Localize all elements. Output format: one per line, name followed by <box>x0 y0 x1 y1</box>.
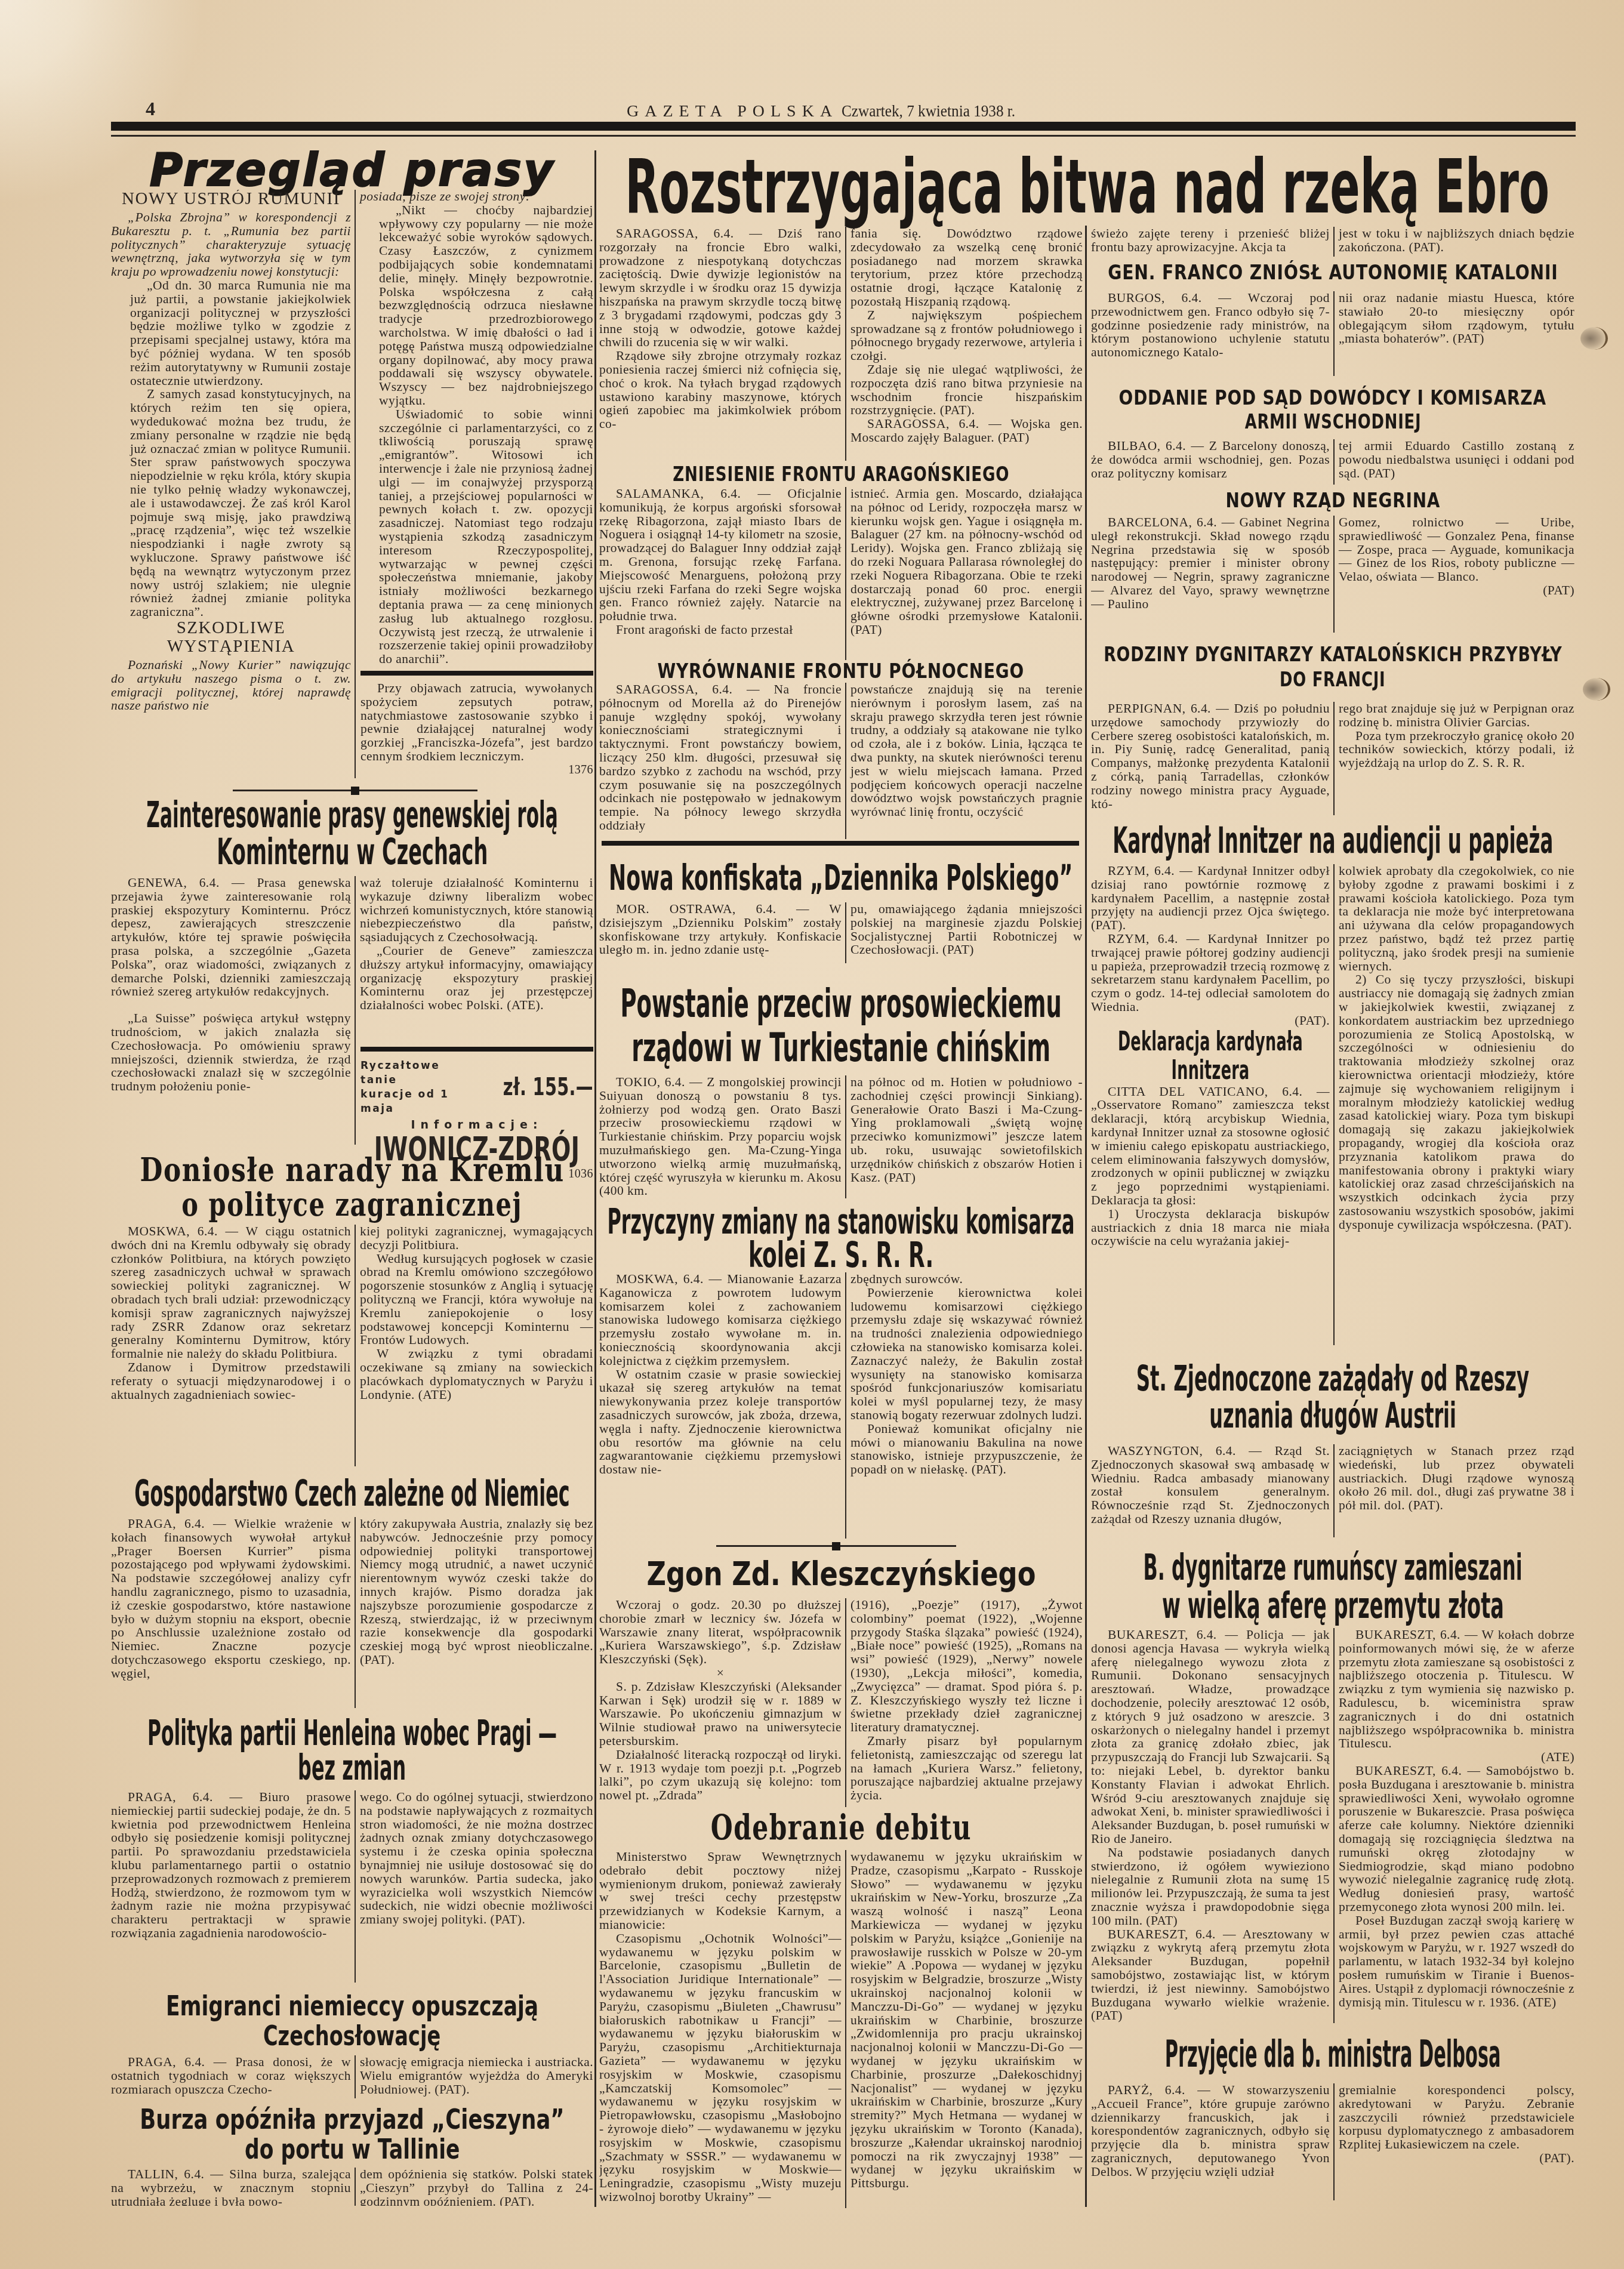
paragraph: (PAT). <box>1091 1014 1330 1028</box>
paragraph: wydawanemu w języku ukraińskim w Pradze,… <box>850 1850 1083 2190</box>
paragraph: nii oraz nadanie miastu Huesca, które st… <box>1339 291 1574 346</box>
paragraph: W ostatnim czasie w prasie sowieckiej uk… <box>599 1368 842 1476</box>
article-columns: TOKIO, 6.4. — Z mongolskiej prowincji Su… <box>599 1075 1083 1198</box>
column-rule <box>594 150 596 2207</box>
paragraph: posiada, pisze ze swojej strony: <box>360 190 593 204</box>
headline: Powstanie przeciw prosowieckiemu <box>599 982 1083 1025</box>
article-innitzer: Kardynał Innitzer na audiencji u papieża… <box>1091 819 1574 1346</box>
subheadline: DO FRANCJI <box>1091 668 1574 691</box>
paragraph: jest w toku i w najbliższych dniach będz… <box>1339 227 1574 254</box>
article-burza-cieszyn: Burza opóźniła przyjazd „Cieszyna” do po… <box>111 2104 593 2207</box>
article-columns: PRAGA, 6.4. — Biuro prasowe niemieckiej … <box>111 1790 593 1983</box>
paragraph: MOR. OSTRAWA, 6.4. — W dzisiejszym „Dzie… <box>599 902 842 957</box>
paragraph: Zdanow i Dymitrow przedstawili referaty … <box>111 1361 351 1401</box>
column-left: MOSKWA, 6.4. — W ciągu ostatnich dwóch d… <box>111 1225 351 1466</box>
column-left: BURGOS, 6.4. — Wczoraj pod przewodnictwe… <box>1091 291 1330 376</box>
paragraph: MOSKWA, 6.4. — W ciągu ostatnich dwóch d… <box>111 1225 351 1361</box>
paragraph: PARYŻ, 6.4. — W stowarzyszeniu „Accueil … <box>1091 2083 1330 2179</box>
subheadline: ODDANIE POD SĄD DOWÓDCY I KOMISARZA <box>1091 387 1574 409</box>
headline: Gospodarstwo Czech zależne od Niemiec <box>111 1475 593 1512</box>
ad-code: 1376 <box>360 763 593 777</box>
article-columns: MOSKWA, 6.4. — Mianowanie Łazarza Kagano… <box>599 1272 1083 1539</box>
newspaper-page: 4 GAZETA POLSKACzwartek, 7 kwietnia 1938… <box>0 0 1624 2269</box>
headline-text: Doniosłe narady na Kremlu <box>140 1154 564 1186</box>
paragraph: S. p. Zdzisław Kleszczyński (Aleksander … <box>599 1680 842 1748</box>
paragraph: BUKARESZT, 6.4. — W kołach dobrze poinfo… <box>1339 1628 1574 1750</box>
ad-price: zł. 155.— <box>503 1074 593 1101</box>
paragraph: Poza tym przekroczyło granicę około 20 t… <box>1339 729 1574 770</box>
headline: Przyczyny zmiany na stanowisku komisarza <box>599 1204 1083 1239</box>
article-stany-zjednoczone: St. Zjednoczone zażądały od Rzeszy uznan… <box>1091 1361 1574 1540</box>
headline: Kardynał Innitzer na audiencji u papieża <box>1091 821 1574 861</box>
paragraph: RZYM, 6.4. — Kardynał Innitzer po trwają… <box>1091 932 1330 1014</box>
column-right: kolwiek aprobaty dla czegokolwiek, co ni… <box>1333 864 1574 1345</box>
headline-text: w wielką aferę przemytu złota <box>1162 1588 1504 1624</box>
paragraph: „La Suisse” poświęca artykuł wstępny tru… <box>111 1012 351 1093</box>
article-kreml: Doniosłe narady na Kremlu o polityce zag… <box>111 1153 593 1468</box>
column-left: RZYM, 6.4. — Kardynał Innitzer odbył dzi… <box>1091 864 1330 1345</box>
advertisement-franciszek-jozef: Przy objawach zatrucia, wywołanych spoży… <box>360 667 593 779</box>
main-headline: Rozstrzygająca bitwa nad rzeką Ebro <box>599 153 1576 222</box>
subheading: Innitzera <box>1141 1056 1280 1085</box>
subheadline: WYRÓWNANIE FRONTU PÓŁNOCNEGO <box>599 660 1083 683</box>
issue-date: Czwartek, 7 kwietnia 1938 r. <box>842 103 1015 121</box>
headline-text: ZNIESIENIE FRONTU ARAGOŃSKIEGO <box>673 464 1009 485</box>
subheading: NOWY USTRÓJ RUMUNII <box>111 190 351 208</box>
headline-text: Odebranie debitu <box>710 1810 971 1845</box>
article-columns: MOSKWA, 6.4. — W ciągu ostatnich dwóch d… <box>111 1225 593 1466</box>
paragraph: wego. Co do ogólnej sytuacji, stwierdzon… <box>360 1790 593 1926</box>
column-right: dem opóźnienia się statków. Polski state… <box>355 2168 593 2206</box>
divider-square <box>351 787 359 795</box>
headline-text: do portu w Tallinie <box>245 2135 460 2163</box>
column-right: zbędnych surowców.Powierzenie kierownict… <box>845 1272 1083 1539</box>
paragraph: TOKIO, 6.4. — Z mongolskiej prowincji Su… <box>599 1075 842 1198</box>
article-delbos: Przyjęcie dla b. ministra Delbosa PARYŻ,… <box>1091 2032 1574 2202</box>
column-left: SARAGOSSA, 6.4. — Na froncie północnym o… <box>599 683 842 839</box>
article-columns: PRAGA, 6.4. — Prasa donosi, że w ostatni… <box>111 2055 593 2098</box>
article-ebro: SARAGOSSA, 6.4. — Dziś rano rozgorzały n… <box>599 227 1083 841</box>
masthead: GAZETA POLSKACzwartek, 7 kwietnia 1938 r… <box>627 103 1035 121</box>
paragraph: SARAGOSSA, 6.4. — Dziś rano rozgorzały n… <box>599 227 842 349</box>
subheadline: ARMII WSCHODNIEJ <box>1091 411 1574 433</box>
paragraph: GENEWA, 6.4. — Prasa genewska przejawia … <box>111 876 351 998</box>
column-rule <box>1085 226 1087 2207</box>
column-right: gremialnie korespondenci polscy, akredyt… <box>1333 2083 1574 2200</box>
column-left: TALLIN, 6.4. — Silna burza, szalejąca na… <box>111 2168 351 2206</box>
paragraph: Poseł Buzdugan zaczął swoją karierę w ar… <box>1339 1914 1574 2009</box>
column-left: świeżo zajęte tereny i przenieść bliżej … <box>1091 227 1330 257</box>
headline: rządowi w Turkiestanie chińskim <box>599 1026 1083 1069</box>
headline-text: St. Zjednoczone zażądały od Rzeszy <box>1136 1361 1529 1396</box>
headline-text: RODZINY DYGNITARZY KATALOŃSKICH PRZYBYŁY <box>1104 645 1562 665</box>
column-left: MOSKWA, 6.4. — Mianowanie Łazarza Kagano… <box>599 1272 842 1539</box>
article-konfiskata: Nowa konfiskata „Dziennika Polskiego” MO… <box>599 857 1083 964</box>
headline-text: Emigranci niemieccy opuszczają <box>166 1992 538 2020</box>
paragraph: „Courier de Geneve” zamieszcza dłuższy a… <box>360 944 593 1012</box>
headline-text: Kardynał Innitzer na audiencji u papieża <box>1113 823 1553 859</box>
paragraph: W związku z tymi obradami oczekiwane są … <box>360 1347 593 1401</box>
paragraph: Zdaje się nie ulegać wątpliwości, że roz… <box>850 363 1083 417</box>
headline-text: GEN. FRANCO ZNIÓSŁ AUTONOMIĘ KATALONII <box>1108 263 1558 283</box>
thick-rule <box>111 122 1576 131</box>
headline-text: bez zmian <box>298 1750 406 1785</box>
paragraph: (1916), „Poezje” (1917), „Żywot colombin… <box>850 1598 1083 1734</box>
column-right: zaciągniętych w Stanach przez rząd wiede… <box>1333 1444 1574 1537</box>
ad-price-row: Ryczałtowe taniekuracje od 1 maja zł. 15… <box>360 1059 593 1116</box>
column-right: powstańcze znajdują się na terenie nieró… <box>845 683 1083 839</box>
headline: Polityka partii Henleina wobec Pragi — <box>111 1715 593 1751</box>
headline: Burza opóźniła przyjazd „Cieszyna” <box>111 2104 593 2134</box>
column-right: wego. Co do ogólnej sytuacji, stwierdzon… <box>355 1790 593 1983</box>
subheadline: NOWY RZĄD NEGRINA <box>1091 489 1574 512</box>
paragraph: istnieć. Armia gen. Moscardo, działająca… <box>850 487 1083 637</box>
paragraph: 1) Uroczysta deklaracja biskupów austria… <box>1091 1207 1330 1248</box>
paragraph: RZYM, 6.4. — Kardynał Innitzer odbył dzi… <box>1091 864 1330 932</box>
paragraph: (PAT). <box>1339 2151 1574 2165</box>
column-left: Wczoraj o godz. 20.30 po dłuższej chorob… <box>599 1598 842 1807</box>
subheadline: GEN. FRANCO ZNIÓSŁ AUTONOMIĘ KATALONII <box>1091 261 1574 284</box>
paragraph: WASZYNGTON, 6.4. — Rząd St. Zjednoczonyc… <box>1091 1444 1330 1526</box>
headline-text: Powstanie przeciw prosowieckiemu <box>620 984 1061 1023</box>
column-left: PRAGA, 6.4. — Wielkie wrażenie w kołach … <box>111 1517 351 1708</box>
paragraph: Z największym pośpiechem sprowadzane są … <box>850 309 1083 363</box>
subheadline: ZNIESIENIE FRONTU ARAGOŃSKIEGO <box>599 463 1083 486</box>
paragraph: kiej polityki zagranicznej, wymagających… <box>360 1225 593 1252</box>
headline: bez zmian <box>111 1750 593 1786</box>
article-gospodarstwo-czech: Gospodarstwo Czech zależne od Niemiec PR… <box>111 1474 593 1710</box>
headline: Nowa konfiskata „Dziennika Polskiego” <box>599 859 1083 896</box>
article-columns: BURGOS, 6.4. — Wczoraj pod przewodnictwe… <box>1091 291 1574 376</box>
column-left: PERPIGNAN, 6.4. — Dziś po południu urzęd… <box>1091 702 1330 815</box>
paragraph: 2) Co się tyczy przyszłości, biskupi aus… <box>1339 973 1574 1231</box>
ad-offer: Ryczałtowe taniekuracje od 1 maja <box>360 1059 468 1116</box>
advertisement-iwonicz-zdroj: Ryczałtowe taniekuracje od 1 maja zł. 15… <box>360 1043 593 1152</box>
divider-square <box>832 1542 840 1550</box>
column-right: istnieć. Armia gen. Moscardo, działająca… <box>845 487 1083 660</box>
paragraph: fania się. Dowództwo rządowe zdecydowało… <box>850 227 1083 309</box>
ornament-divider <box>233 787 477 795</box>
article-columns: PERPIGNAN, 6.4. — Dziś po południu urzęd… <box>1091 702 1574 815</box>
headline-text: kolei Z. S. R. R. <box>748 1238 933 1272</box>
headline-text: Rozstrzygająca bitwa nad rzeką Ebro <box>625 150 1550 224</box>
article-columns: MOR. OSTRAWA, 6.4. — W dzisiejszym „Dzie… <box>599 902 1083 963</box>
column-right: na północ od m. Hotien w południowo - za… <box>845 1075 1083 1198</box>
paragraph: słowację emigracja niemiecka i austriack… <box>360 2055 593 2096</box>
ad-offer-line: Ryczałtowe tanie <box>360 1059 468 1087</box>
headline: Kominternu w Czechach <box>111 834 593 870</box>
column-right: wydawanemu w języku ukraińskim w Pradze,… <box>845 1850 1083 2208</box>
paragraph: CITTA DEL VATICANO, 6.4. — „Osservatore … <box>1091 1085 1330 1207</box>
column-right: nii oraz nadanie miastu Huesca, które st… <box>1333 291 1574 376</box>
column-left: NOWY USTRÓJ RUMUNII„Polska Zbrojna” w ko… <box>111 190 351 778</box>
headline-text: NOWY RZĄD NEGRINA <box>1225 491 1440 511</box>
headline-text: B. dygnitarze rumuńscy zamieszani <box>1144 1550 1523 1586</box>
subheading: SZKODLIWE WYSTĄPIENIA <box>111 619 351 656</box>
paragraph: Zmarły pisarz był popularnym felietonist… <box>850 1734 1083 1802</box>
headline-text: uznania długów Austrii <box>1209 1398 1456 1433</box>
paragraph: świeżo zajęte tereny i przenieść bliżej … <box>1091 227 1330 254</box>
paragraph: Uświadomić to sobie winni szczególnie ci… <box>379 408 593 666</box>
headline-text: Gospodarstwo Czech zależne od Niemiec <box>134 1476 569 1512</box>
punch-hole <box>1580 327 1608 350</box>
paragraph: BILBAO, 6.4. — Z Barcelony donoszą, że d… <box>1091 439 1330 480</box>
headline-text: Nowa konfiskata „Dziennika Polskiego” <box>609 861 1073 895</box>
paragraph: kolwiek aprobaty dla czegokolwiek, co ni… <box>1339 864 1574 973</box>
headline: Emigranci niemieccy opuszczają <box>111 1991 593 2021</box>
punch-hole <box>1583 678 1610 701</box>
column-left: Ministerstwo Spraw Wewnętrznych odebrało… <box>599 1850 842 2208</box>
masthead-title: GAZETA POLSKA <box>627 102 838 121</box>
paragraph: gremialnie korespondenci polscy, akredyt… <box>1339 2083 1574 2151</box>
paragraph: zaciągniętych w Stanach przez rząd wiede… <box>1339 1444 1574 1512</box>
headline: Czechosłowację <box>111 2021 593 2051</box>
column-right: kiej polityki zagranicznej, wymagających… <box>355 1225 593 1466</box>
paragraph: „Od dn. 30 marca Rumunia nie ma już part… <box>130 279 351 387</box>
paragraph: na północ od m. Hotien w południowo - za… <box>850 1075 1083 1184</box>
article-columns: PRAGA, 6.4. — Wielkie wrażenie w kołach … <box>111 1517 593 1708</box>
column-right: Gomez, rolnictwo — Uribe, sprawiedliwość… <box>1333 516 1574 633</box>
headline: do portu w Tallinie <box>111 2134 593 2164</box>
headline-text: Przyczyny zmiany na stanowisku komisarza <box>607 1204 1074 1239</box>
paragraph: Ponieważ komunikat oficjalny nie mówi o … <box>850 1422 1083 1476</box>
article-komisarz-kolei: Przyczyny zmiany na stanowisku komisarza… <box>599 1204 1083 1540</box>
ad-text: Przy objawach zatrucia, wywołanych spoży… <box>360 682 593 763</box>
subheading: Deklaracja kardynała <box>1141 1028 1280 1056</box>
column-left: SARAGOSSA, 6.4. — Dziś rano rozgorzały n… <box>599 227 842 461</box>
paragraph: Na podstawie posiadanych danych stwierdz… <box>1091 1846 1330 1928</box>
paragraph: PRAGA, 6.4. — Wielkie wrażenie w kołach … <box>111 1517 351 1681</box>
paragraph: Według kursujących pogłosek w czasie obr… <box>360 1252 593 1348</box>
article-turkiestan: Powstanie przeciw prosowieckiemu rządowi… <box>599 982 1083 1198</box>
paragraph: TALLIN, 6.4. — Silna burza, szalejąca na… <box>111 2168 351 2206</box>
column-left: PRAGA, 6.4. — Prasa donosi, że w ostatni… <box>111 2055 351 2098</box>
column-right: jest w toku i w najbliższych dniach będz… <box>1333 227 1574 257</box>
column-left: PRAGA, 6.4. — Biuro prasowe niemieckiej … <box>111 1790 351 1983</box>
article-henlein: Polityka partii Henleina wobec Pragi — b… <box>111 1715 593 1984</box>
headline: St. Zjednoczone zażądały od Rzeszy <box>1091 1361 1574 1396</box>
paragraph: PERPIGNAN, 6.4. — Dziś po południu urzęd… <box>1091 702 1330 810</box>
article-columns: BARCELONA, 6.4. — Gabinet Negrina uległ … <box>1091 516 1574 633</box>
paragraph: Czasopismu „Ochotnik Wolności”— wydawane… <box>599 1932 842 2204</box>
column-right: BUKARESZT, 6.4. — W kołach dobrze poinfo… <box>1333 1628 1574 2023</box>
paragraph: Gomez, rolnictwo — Uribe, sprawiedliwość… <box>1339 516 1574 584</box>
divider <box>360 1047 593 1052</box>
headline: o polityce zagranicznej <box>111 1188 593 1221</box>
article-columns: BILBAO, 6.4. — Z Barcelony donoszą, że d… <box>1091 439 1574 485</box>
column-left: TOKIO, 6.4. — Z mongolskiej prowincji Su… <box>599 1075 842 1198</box>
column-left: BILBAO, 6.4. — Z Barcelony donoszą, że d… <box>1091 439 1330 485</box>
headline-text: Zgon Zd. Kleszczyńskiego <box>646 1558 1036 1591</box>
paragraph: MOSKWA, 6.4. — Mianowanie Łazarza Kagano… <box>599 1272 842 1368</box>
headline: Odebranie debitu <box>599 1808 1083 1846</box>
column-left: WASZYNGTON, 6.4. — Rząd St. Zjednoczonyc… <box>1091 1444 1330 1537</box>
paragraph: (PAT) <box>1339 584 1574 597</box>
paragraph: BUKARESZT, 6.4. — Policja — jak donosi a… <box>1091 1628 1330 1846</box>
section-divider <box>602 841 1079 846</box>
headline-text: o polityce zagranicznej <box>182 1188 523 1220</box>
article-columns: BUKARESZT, 6.4. — Policja — jak donosi a… <box>1091 1628 1574 2023</box>
column-left: MOR. OSTRAWA, 6.4. — W dzisiejszym „Dzie… <box>599 902 842 963</box>
column-left: GENEWA, 6.4. — Prasa genewska przejawia … <box>111 876 351 1145</box>
article-columns: SARAGOSSA, 6.4. — Na froncie północnym o… <box>599 683 1083 839</box>
headline-text: Czechosłowację <box>263 2022 440 2049</box>
paragraph: waż toleruje działalność Kominternu i wy… <box>360 876 593 944</box>
paragraph: dem opóźnienia się statków. Polski state… <box>360 2168 593 2206</box>
paragraph: Ministerstwo Spraw Wewnętrznych odebrało… <box>599 1850 842 1932</box>
paragraph: PRAGA, 6.4. — Biuro prasowe niemieckiej … <box>111 1790 351 1940</box>
paragraph: (ATE) <box>1339 1750 1574 1764</box>
section-title: Przegląd prasy <box>111 150 593 190</box>
headline-text: ODDANIE POD SĄD DOWÓDCY I KOMISARZA <box>1119 388 1546 408</box>
column-left: SALAMANKA, 6.4. — Oficjalnie komunikują,… <box>599 487 842 660</box>
article-columns: Wczoraj o godz. 20.30 po dłuższej chorob… <box>599 1598 1083 1807</box>
paragraph: Wczoraj o godz. 20.30 po dłuższej chorob… <box>599 1598 842 1666</box>
headline: Zgon Zd. Kleszczyńskiego <box>599 1555 1083 1593</box>
headline: kolei Z. S. R. R. <box>599 1238 1083 1272</box>
paragraph: Z samych zasad konstytucyjnych, na który… <box>130 387 351 619</box>
article-columns: Ministerstwo Spraw Wewnętrznych odebrało… <box>599 1850 1083 2208</box>
paragraph: „Nikt — choćby najbardziej wpływowy czy … <box>379 204 593 408</box>
headline-text: WYRÓWNANIE FRONTU PÓŁNOCNEGO <box>658 661 1025 682</box>
paragraph: Działalność literacką rozpoczął od liryk… <box>599 1748 842 1802</box>
thin-rule <box>111 135 1576 137</box>
paragraph: SALAMANKA, 6.4. — Oficjalnie komunikują,… <box>599 487 842 623</box>
article-columns: RZYM, 6.4. — Kardynał Innitzer odbył dzi… <box>1091 864 1574 1345</box>
paragraph: powstańcze znajdują się na terenie nieró… <box>850 683 1083 819</box>
column-left: BARCELONA, 6.4. — Gabinet Negrina uległ … <box>1091 516 1330 633</box>
ad-offer-line: kuracje od 1 maja <box>360 1087 468 1116</box>
article-odebranie-debitu: Odebranie debitu Ministerstwo Spraw Wewn… <box>599 1808 1083 2208</box>
headline: w wielką aferę przemytu złota <box>1091 1587 1574 1624</box>
paragraph: BUKARESZT, 6.4. — Samobójstwo b. posła B… <box>1339 1764 1574 1914</box>
paragraph: BARCELONA, 6.4. — Gabinet Negrina uległ … <box>1091 516 1330 611</box>
article-columns: WASZYNGTON, 6.4. — Rząd St. Zjednoczonyc… <box>1091 1444 1574 1537</box>
headline: Doniosłe narady na Kremlu <box>111 1153 593 1186</box>
paragraph: rego brat znajduje się już w Perpignan o… <box>1339 702 1574 729</box>
column-right: tej armii Eduardo Castillo zostaną z pow… <box>1333 439 1574 485</box>
paragraph: × <box>599 1666 842 1680</box>
headline: Zainteresowanie prasy genewskiej rolą <box>111 797 593 833</box>
paragraph: Front aragoński de facto przestał <box>599 623 842 637</box>
column-right: pu, omawiającego żądania mniejszości pol… <box>845 902 1083 963</box>
column-left: PARYŻ, 6.4. — W stowarzyszeniu „Accueil … <box>1091 2083 1330 2200</box>
paragraph: BURGOS, 6.4. — Wczoraj pod przewodnictwe… <box>1091 291 1330 359</box>
subheadline: RODZINY DYGNITARZY KATALOŃSKICH PRZYBYŁY <box>1091 643 1574 666</box>
divider <box>360 671 593 676</box>
article-columns: TALLIN, 6.4. — Silna burza, szalejąca na… <box>111 2168 593 2206</box>
paragraph: zbędnych surowców. <box>850 1272 1083 1286</box>
headline-text: Przyjęcie dla b. ministra Delbosa <box>1165 2036 1501 2073</box>
column-right: który zakupywała Austria, znalazły się b… <box>355 1517 593 1708</box>
paragraph: Rządowe siły zbrojne otrzymały rozkaz po… <box>599 349 842 431</box>
paragraph: tej armii Eduardo Castillo zostaną z pow… <box>1339 439 1574 480</box>
headline-text: Burza opóźniła przyjazd „Cieszyna” <box>140 2105 564 2133</box>
paragraph: Powierzenie kierownictwa kolei ludowemu … <box>850 1286 1083 1422</box>
paragraph: BUKARESZT, 6.4. — Aresztowany w związku … <box>1091 1928 1330 2023</box>
headline-text: Zainteresowanie prasy genewskiej rolą <box>146 797 558 833</box>
headline-text: rządowi w Turkiestanie chińskim <box>631 1028 1050 1068</box>
headline-text: Kominternu w Czechach <box>217 834 488 870</box>
paragraph: SARAGOSSA, 6.4. — Wojska gen. Moscardo z… <box>850 417 1083 445</box>
article-columns: SARAGOSSA, 6.4. — Dziś rano rozgorzały n… <box>599 227 1083 461</box>
article-columns: SALAMANKA, 6.4. — Oficjalnie komunikują,… <box>599 487 1083 660</box>
headline-text: Polityka partii Henleina wobec Pragi — <box>147 1716 557 1750</box>
column-right: fania się. Dowództwo rządowe zdecydowało… <box>845 227 1083 461</box>
column-right: rego brat znajduje się już w Perpignan o… <box>1333 702 1574 815</box>
paragraph: Poznański „Nowy Kurier” nawiązując do ar… <box>111 658 351 713</box>
article-emigranci: Emigranci niemieccy opuszczają Czechosło… <box>111 1991 593 2100</box>
article-columns: PARYŻ, 6.4. — W stowarzyszeniu „Accueil … <box>1091 2083 1574 2200</box>
paragraph: SARAGOSSA, 6.4. — Na froncie północnym o… <box>599 683 842 833</box>
article-columns: świeżo zajęte tereny i przenieść bliżej … <box>1091 227 1574 257</box>
headline-text: ARMII WSCHODNIEJ <box>1244 412 1421 432</box>
masthead-rule <box>111 122 1576 137</box>
article-spain-reports: świeżo zajęte tereny i przenieść bliżej … <box>1091 227 1574 819</box>
article-zgon: Zgon Zd. Kleszczyńskiego Wczoraj o godz.… <box>599 1553 1083 1808</box>
column-left: BUKARESZT, 6.4. — Policja — jak donosi a… <box>1091 1628 1330 2023</box>
article-rumunia: B. dygnitarze rumuńscy zamieszani w wiel… <box>1091 1549 1574 2024</box>
headline: uznania długów Austrii <box>1091 1398 1574 1433</box>
headline: B. dygnitarze rumuńscy zamieszani <box>1091 1549 1574 1586</box>
ornament-divider <box>716 1542 956 1550</box>
headline: Przyjęcie dla b. ministra Delbosa <box>1091 2034 1574 2074</box>
paragraph: który zakupywała Austria, znalazły się b… <box>360 1517 593 1667</box>
column-right: (1916), „Poezje” (1917), „Żywot colombin… <box>845 1598 1083 1807</box>
headline-text: Przegląd prasy <box>149 147 554 193</box>
column-right: słowację emigracja niemiecka i austriack… <box>355 2055 593 2098</box>
paragraph: „Polska Zbrojna” w korespondencji z Buka… <box>111 211 351 279</box>
page-number: 4 <box>146 98 155 120</box>
headline-text: DO FRANCJI <box>1280 670 1385 690</box>
paragraph: PRAGA, 6.4. — Prasa donosi, że w ostatni… <box>111 2055 351 2096</box>
paragraph: pu, omawiającego żądania mniejszości pol… <box>850 902 1083 957</box>
